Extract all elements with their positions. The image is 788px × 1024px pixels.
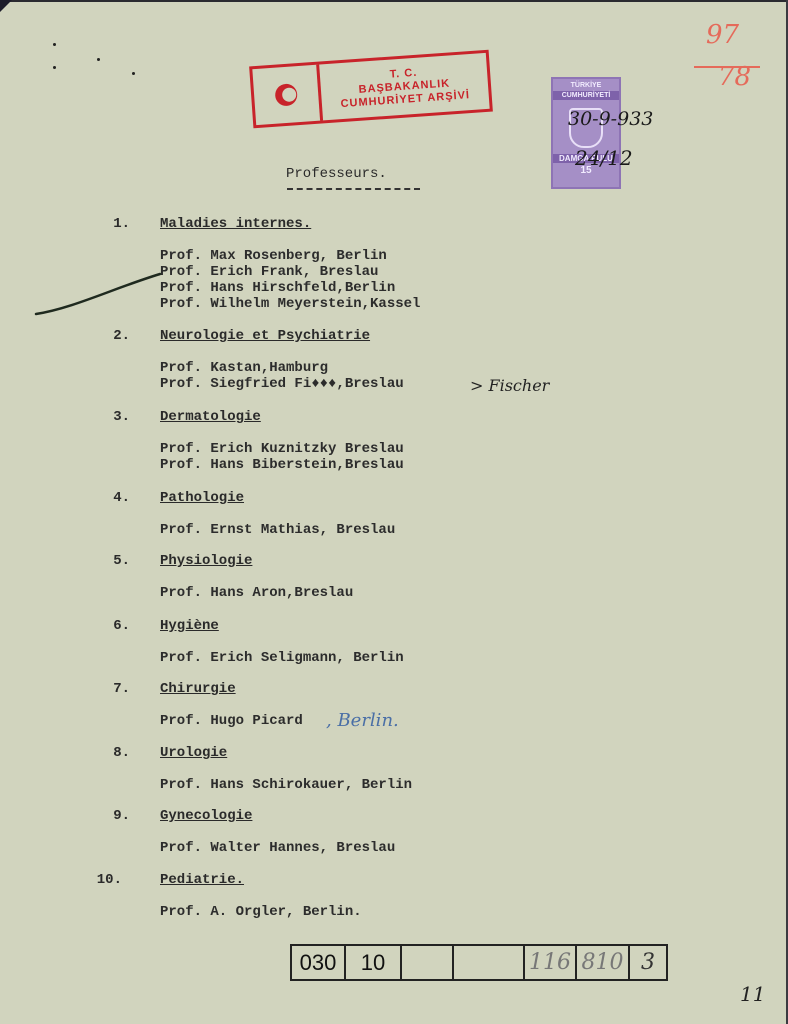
section-number: 9.: [90, 808, 130, 824]
handwritten-signature: 24/12: [575, 146, 633, 170]
scan-corner: [0, 0, 12, 12]
pencil-mark: [34, 268, 164, 320]
ref-cell: 030: [292, 946, 346, 979]
section-number: 4.: [90, 490, 130, 506]
speck: [53, 43, 56, 46]
speck: [132, 72, 135, 75]
section-number: 3.: [90, 409, 130, 425]
section-number: 7.: [90, 681, 130, 697]
professor-entry: Prof. Hans Biberstein,Breslau: [160, 457, 404, 473]
handwritten-date: 30-9-933: [568, 108, 653, 130]
section-heading: Pathologie: [160, 490, 244, 506]
section-heading: Neurologie et Psychiatrie: [160, 328, 370, 344]
professor-entry: Prof. Hugo Picard: [160, 713, 303, 729]
section-heading: Chirurgie: [160, 681, 236, 697]
ref-cell: 810: [577, 946, 630, 979]
revenue-stamp: TÜRKİYE CUMHURİYETİ DAMGA PULU 15: [551, 77, 621, 189]
professor-entry: Prof. Hans Hirschfeld,Berlin: [160, 280, 395, 296]
section-heading: Pediatrie.: [160, 872, 244, 888]
section-number: 6.: [90, 618, 130, 634]
professor-entry: Prof. Max Rosenberg, Berlin: [160, 248, 387, 264]
professor-entry: Prof. A. Orgler, Berlin.: [160, 904, 362, 920]
revenue-stamp-top: TÜRKİYE: [553, 82, 619, 89]
professor-entry: Prof. Erich Frank, Breslau: [160, 264, 378, 280]
ref-cell: 116: [525, 946, 577, 979]
crescent-star-icon: [252, 65, 323, 126]
scan-edge-top: [0, 0, 788, 2]
folio-number-top: 97: [706, 20, 739, 50]
section-number: 1.: [90, 216, 130, 232]
section-heading: Dermatologie: [160, 409, 261, 425]
professor-entry: Prof. Erich Kuznitzky Breslau: [160, 441, 404, 457]
document-page: T. C. BAŞBAKANLIK CUMHURİYET ARŞİVİ TÜRK…: [0, 0, 788, 1024]
ref-cell: 10: [346, 946, 402, 979]
reference-box: 030 10 116 810 3: [290, 944, 668, 981]
section-heading: Hygiène: [160, 618, 219, 634]
revenue-stamp-ribbon: CUMHURİYETİ: [553, 91, 619, 100]
section-heading: Physiologie: [160, 553, 252, 569]
archive-stamp: T. C. BAŞBAKANLIK CUMHURİYET ARŞİVİ: [249, 50, 493, 129]
professor-entry: Prof. Erich Seligmann, Berlin: [160, 650, 404, 666]
professor-entry: Prof. Wilhelm Meyerstein,Kassel: [160, 296, 420, 312]
section-number: 2.: [90, 328, 130, 344]
section-number: 10.: [82, 872, 122, 888]
title-underline: [287, 188, 420, 190]
handwritten-fischer: > Fischer: [470, 376, 549, 395]
section-heading: Maladies internes.: [160, 216, 311, 232]
ref-cell: 3: [630, 946, 666, 979]
professor-entry: Prof. Ernst Mathias, Breslau: [160, 522, 395, 538]
professor-entry: Prof. Hans Schirokauer, Berlin: [160, 777, 412, 793]
speck: [53, 66, 56, 69]
professor-entry: Prof. Kastan,Hamburg: [160, 360, 328, 376]
section-heading: Gynecologie: [160, 808, 252, 824]
ref-cell: [402, 946, 454, 979]
section-number: 8.: [90, 745, 130, 761]
section-heading: Urologie: [160, 745, 227, 761]
folio-number-bottom: 78: [718, 62, 751, 92]
page-number: 11: [740, 982, 765, 1006]
section-number: 5.: [90, 553, 130, 569]
handwritten-berlin: , Berlin.: [326, 710, 399, 731]
professor-entry: Prof. Hans Aron,Breslau: [160, 585, 353, 601]
ref-cell: [454, 946, 525, 979]
page-title: Professeurs.: [286, 166, 387, 182]
professor-entry: Prof. Walter Hannes, Breslau: [160, 840, 395, 856]
professor-entry: Prof. Siegfried Fi♦♦♦,Breslau: [160, 376, 404, 392]
speck: [97, 58, 100, 61]
